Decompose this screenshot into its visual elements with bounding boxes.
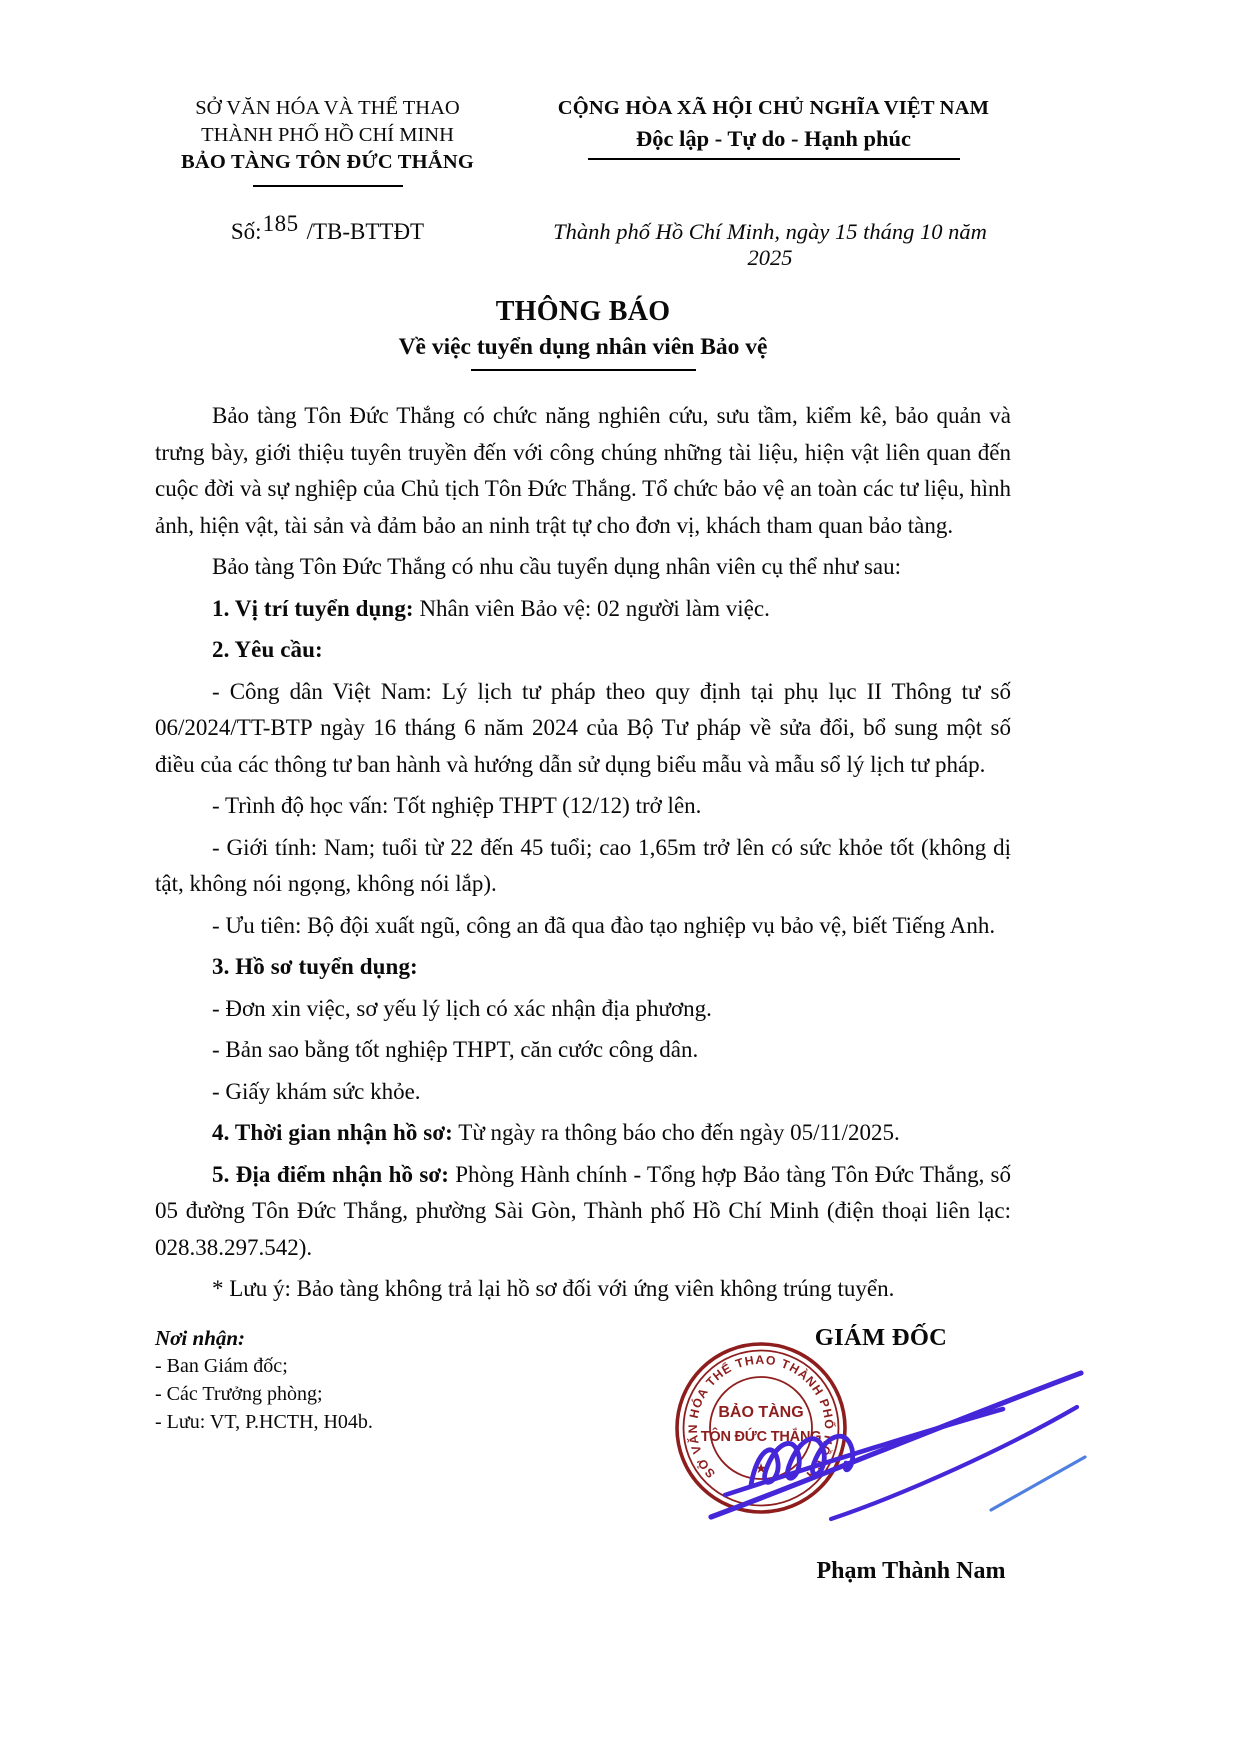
document-number-code: /TB-BTTĐT [307,219,425,244]
handwritten-signature-icon [703,1367,1093,1532]
recipient-item-3: - Lưu: VT, P.HCTH, H04b. [155,1408,485,1436]
section-2-item-1: - Công dân Việt Nam: Lý lịch tư pháp the… [155,674,1011,784]
document-title: THÔNG BÁO [155,295,1011,329]
section-2-label: 2. Yêu cầu: [212,637,323,662]
title-underline [471,369,696,371]
title-block: THÔNG BÁO Về việc tuyển dụng nhân viên B… [155,295,1011,371]
signer-name: Phạm Thành Nam [641,1558,1121,1585]
section-4-text: Từ ngày ra thông báo cho đến ngày 05/11/… [453,1120,900,1145]
section-4-label: 4. Thời gian nhận hồ sơ: [212,1120,453,1145]
place-and-date: Thành phố Hồ Chí Minh, ngày 15 tháng 10 … [529,219,1011,271]
document-number-label: Số: [231,219,262,244]
recipient-item-2: - Các Trưởng phòng; [155,1380,485,1408]
section-1: 1. Vị trí tuyển dụng: Nhân viên Bảo vệ: … [155,591,1011,628]
agency-parent-line1: SỞ VĂN HÓA VÀ THỂ THAO [155,95,500,122]
section-2-item-2: - Trình độ học vấn: Tốt nghiệp THPT (12/… [155,788,1011,825]
section-3: 3. Hồ sơ tuyển dụng: [155,949,1011,986]
document-number: Số:185/TB-BTTĐT [155,219,500,245]
section-3-item-1: - Đơn xin việc, sơ yếu lý lịch có xác nh… [155,991,1011,1028]
national-motto-block: CỘNG HÒA XÃ HỘI CHỦ NGHĨA VIỆT NAM Độc l… [536,95,1011,160]
national-title: CỘNG HÒA XÃ HỘI CHỦ NGHĨA VIỆT NAM [536,95,1011,122]
recipients-block: Nơi nhận: - Ban Giám đốc; - Các Trưởng p… [155,1324,485,1585]
seal-area: SỞ VĂN HÓA THỂ THAO THÀNH PHỐ HỒ CHÍ MIN… [641,1352,1121,1522]
agency-underline [253,185,403,187]
section-2-item-4: - Ưu tiên: Bộ đội xuất ngũ, công an đã q… [155,908,1011,945]
section-5: 5. Địa điểm nhận hồ sơ: Phòng Hành chính… [155,1157,1011,1267]
recipients-label: Nơi nhận: [155,1324,485,1352]
issuing-agency-block: SỞ VĂN HÓA VÀ THỂ THAO THÀNH PHỐ HỒ CHÍ … [155,95,500,187]
section-2-item-3: - Giới tính: Nam; tuổi từ 22 đến 45 tuổi… [155,830,1011,903]
section-3-item-2: - Bản sao bằng tốt nghiệp THPT, căn cước… [155,1032,1011,1069]
national-motto: Độc lập - Tự do - Hạnh phúc [536,124,1011,154]
section-5-label: 5. Địa điểm nhận hồ sơ: [212,1162,449,1187]
number-date-row: Số:185/TB-BTTĐT Thành phố Hồ Chí Minh, n… [155,219,1011,271]
document-page: SỞ VĂN HÓA VÀ THỂ THAO THÀNH PHỐ HỒ CHÍ … [0,0,1241,1755]
motto-underline [588,158,960,160]
note-paragraph: * Lưu ý: Bảo tàng không trả lại hồ sơ đố… [155,1271,1011,1308]
section-3-label: 3. Hồ sơ tuyển dụng: [212,954,418,979]
section-1-text: Nhân viên Bảo vệ: 02 người làm việc. [414,596,770,621]
intro-paragraph-2: Bảo tàng Tôn Đức Thắng có nhu cầu tuyển … [155,549,1011,586]
document-number-value: 185 [263,211,299,236]
document-footer: Nơi nhận: - Ban Giám đốc; - Các Trưởng p… [155,1324,1011,1585]
agency-name: BẢO TÀNG TÔN ĐỨC THẮNG [155,149,500,176]
signature-block: GIÁM ĐỐC SỞ VĂN HÓA THỂ THAO THÀNH PHỐ H… [641,1324,1121,1585]
intro-paragraph-1: Bảo tàng Tôn Đức Thắng có chức năng nghi… [155,398,1011,544]
section-2: 2. Yêu cầu: [155,632,1011,669]
document-subtitle: Về việc tuyển dụng nhân viên Bảo vệ [155,331,1011,363]
agency-parent-line2: THÀNH PHỐ HỒ CHÍ MINH [155,122,500,149]
document-header: SỞ VĂN HÓA VÀ THỂ THAO THÀNH PHỐ HỒ CHÍ … [155,95,1011,187]
document-body: Bảo tàng Tôn Đức Thắng có chức năng nghi… [155,398,1011,1308]
section-3-item-3: - Giấy khám sức khỏe. [155,1074,1011,1111]
section-4: 4. Thời gian nhận hồ sơ: Từ ngày ra thôn… [155,1115,1011,1152]
recipient-item-1: - Ban Giám đốc; [155,1352,485,1380]
section-1-label: 1. Vị trí tuyển dụng: [212,596,414,621]
